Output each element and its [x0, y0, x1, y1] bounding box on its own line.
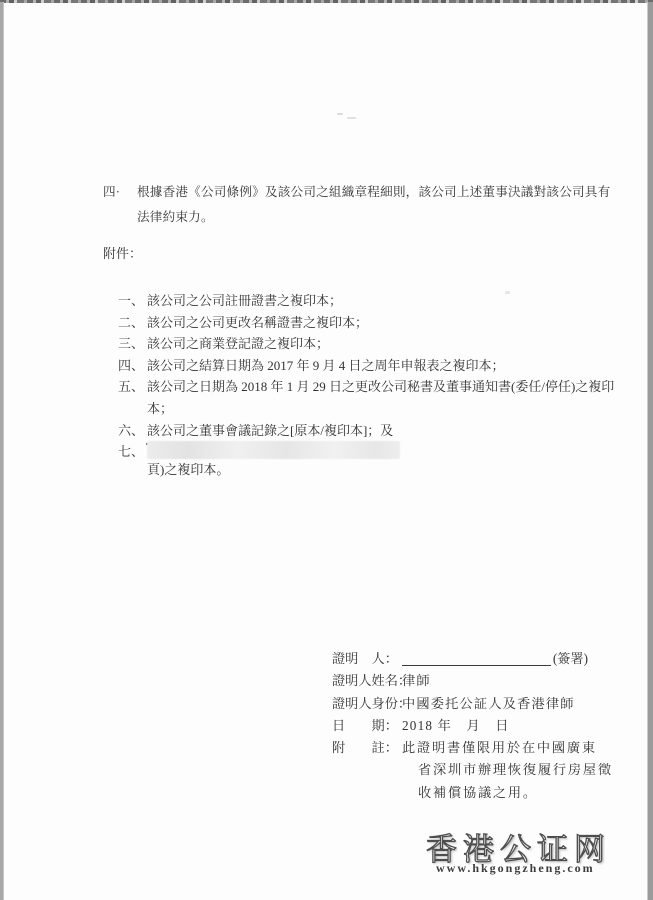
attachment-marker: 六、: [118, 420, 147, 442]
attachment-text: 該公司之商業登記證之複印本；: [147, 333, 329, 355]
remark-line: 省深圳市辦理恢復履行房屋徵: [418, 759, 613, 781]
redacted-blur-area: [147, 441, 400, 459]
remark-label: 附 註：: [332, 737, 402, 759]
attachment-line-suffix: 頁)之複印本。: [147, 459, 402, 481]
attachment-item-redacted: 七、 頁)之複印本。: [118, 441, 614, 481]
attachment-marker: 四、: [118, 355, 147, 377]
attachment-line: 頁)之複印本。: [147, 441, 402, 481]
signature-block: 證明 人： (簽署) 證明人姓名： 律師 證明人身份： 中國委托公証人及香港律師…: [332, 648, 588, 804]
attachment-text: 該公司之結算日期為 2017 年 9 月 4 日之周年申報表之複印本；: [147, 355, 505, 377]
attachment-item: 三、 該公司之商業登記證之複印本；: [118, 333, 614, 355]
clause-four: 四· 根據香港《公司條例》及該公司之組織章程細則，該公司上述董事決議對該公司具有…: [103, 180, 610, 230]
signer-label: 證明 人：: [332, 648, 402, 670]
remark-row: 附 註： 此證明書僅限用於在中國廣東 省深圳市辦理恢復履行房屋徵 收補償協議之用…: [332, 737, 588, 804]
signer-capacity-value: 中國委托公証人及香港律師: [402, 693, 575, 715]
attachments-heading: 附件：: [103, 246, 142, 262]
scan-speck: [347, 117, 356, 119]
attachment-text: 頁)之複印本。: [147, 441, 402, 481]
scan-edge-left-artifact: [0, 2, 4, 900]
attachment-marker: 二、: [118, 312, 147, 334]
clause-four-line: 根據香港《公司條例》及該公司之組織章程細則，該公司上述董事決議對該公司具有: [137, 180, 610, 205]
remark-line: 收補償協議之用。: [418, 782, 613, 804]
signer-row: 證明 人： (簽署): [332, 648, 588, 670]
clause-four-text: 根據香港《公司條例》及該公司之組織章程細則，該公司上述董事決議對該公司具有 法律…: [137, 180, 610, 230]
attachment-line: 該公司之結算日期為 2017 年 9 月 4 日之周年申報表之複印本；: [147, 355, 505, 377]
attachment-text: 該公司之公司更改名稱證書之複印本；: [147, 312, 368, 334]
clause-four-line: 法律約束力。: [137, 205, 610, 230]
scanned-document-page: 四· 根據香港《公司條例》及該公司之組織章程細則，該公司上述董事決議對該公司具有…: [0, 0, 653, 900]
attachment-item: 二、 該公司之公司更改名稱證書之複印本；: [118, 312, 614, 334]
signer-name-row: 證明人姓名： 律師: [332, 670, 588, 692]
attachment-line: 該公司之日期為 2018 年 1 月 29 日之更改公司秘書及董事通知書(委任/…: [147, 376, 614, 398]
date-row: 日 期： 2018 年 月 日: [332, 715, 588, 737]
remark-text: 此證明書僅限用於在中國廣東 省深圳市辦理恢復履行房屋徵 收補償協議之用。: [402, 737, 613, 804]
attachment-text: 該公司之日期為 2018 年 1 月 29 日之更改公司秘書及董事通知書(委任/…: [147, 376, 614, 419]
watermark-site-url: www.hkgongzheng.com: [436, 861, 595, 876]
attachment-line: 本；: [147, 398, 614, 420]
attachment-line: 該公司之商業登記證之複印本；: [147, 333, 329, 355]
attachment-item: 五、 該公司之日期為 2018 年 1 月 29 日之更改公司秘書及董事通知書(…: [118, 376, 614, 419]
date-value: 2018 年 月 日: [402, 715, 510, 737]
remark-line: 此證明書僅限用於在中國廣東: [402, 737, 613, 759]
attachment-line: 該公司之公司註冊證書之複印本；: [147, 290, 342, 312]
attachment-marker: 三、: [118, 333, 147, 355]
attachment-line: 該公司之董事會議記錄之[原本/複印本]；及: [147, 420, 393, 442]
scan-speck: [337, 113, 343, 115]
attachment-marker: 一、: [118, 290, 147, 312]
attachment-line: 該公司之公司更改名稱證書之複印本；: [147, 312, 368, 334]
attachment-text: 該公司之董事會議記錄之[原本/複印本]；及: [147, 420, 393, 442]
clause-four-marker: 四·: [103, 180, 137, 230]
sign-here-suffix: (簽署): [553, 648, 588, 670]
attachment-marker: 七、: [118, 441, 147, 481]
signature-blank-line: [402, 665, 551, 666]
attachment-item: 四、 該公司之結算日期為 2017 年 9 月 4 日之周年申報表之複印本；: [118, 355, 614, 377]
scan-edge-top-artifact: [0, 0, 653, 3]
attachment-item: 一、 該公司之公司註冊證書之複印本；: [118, 290, 614, 312]
attachment-text: 該公司之公司註冊證書之複印本；: [147, 290, 342, 312]
signer-capacity-row: 證明人身份： 中國委托公証人及香港律師: [332, 693, 588, 715]
attachments-list: 一、 該公司之公司註冊證書之複印本； 二、 該公司之公司更改名稱證書之複印本； …: [118, 290, 614, 481]
attachment-item: 六、 該公司之董事會議記錄之[原本/複印本]；及: [118, 420, 614, 442]
signer-capacity-label: 證明人身份：: [332, 693, 402, 715]
attachment-marker: 五、: [118, 376, 147, 419]
date-label: 日 期：: [332, 715, 402, 737]
scan-edge-right-artifact: [647, 2, 653, 900]
signer-name-value: 律師: [402, 670, 431, 692]
signer-name-label: 證明人姓名：: [332, 670, 402, 692]
